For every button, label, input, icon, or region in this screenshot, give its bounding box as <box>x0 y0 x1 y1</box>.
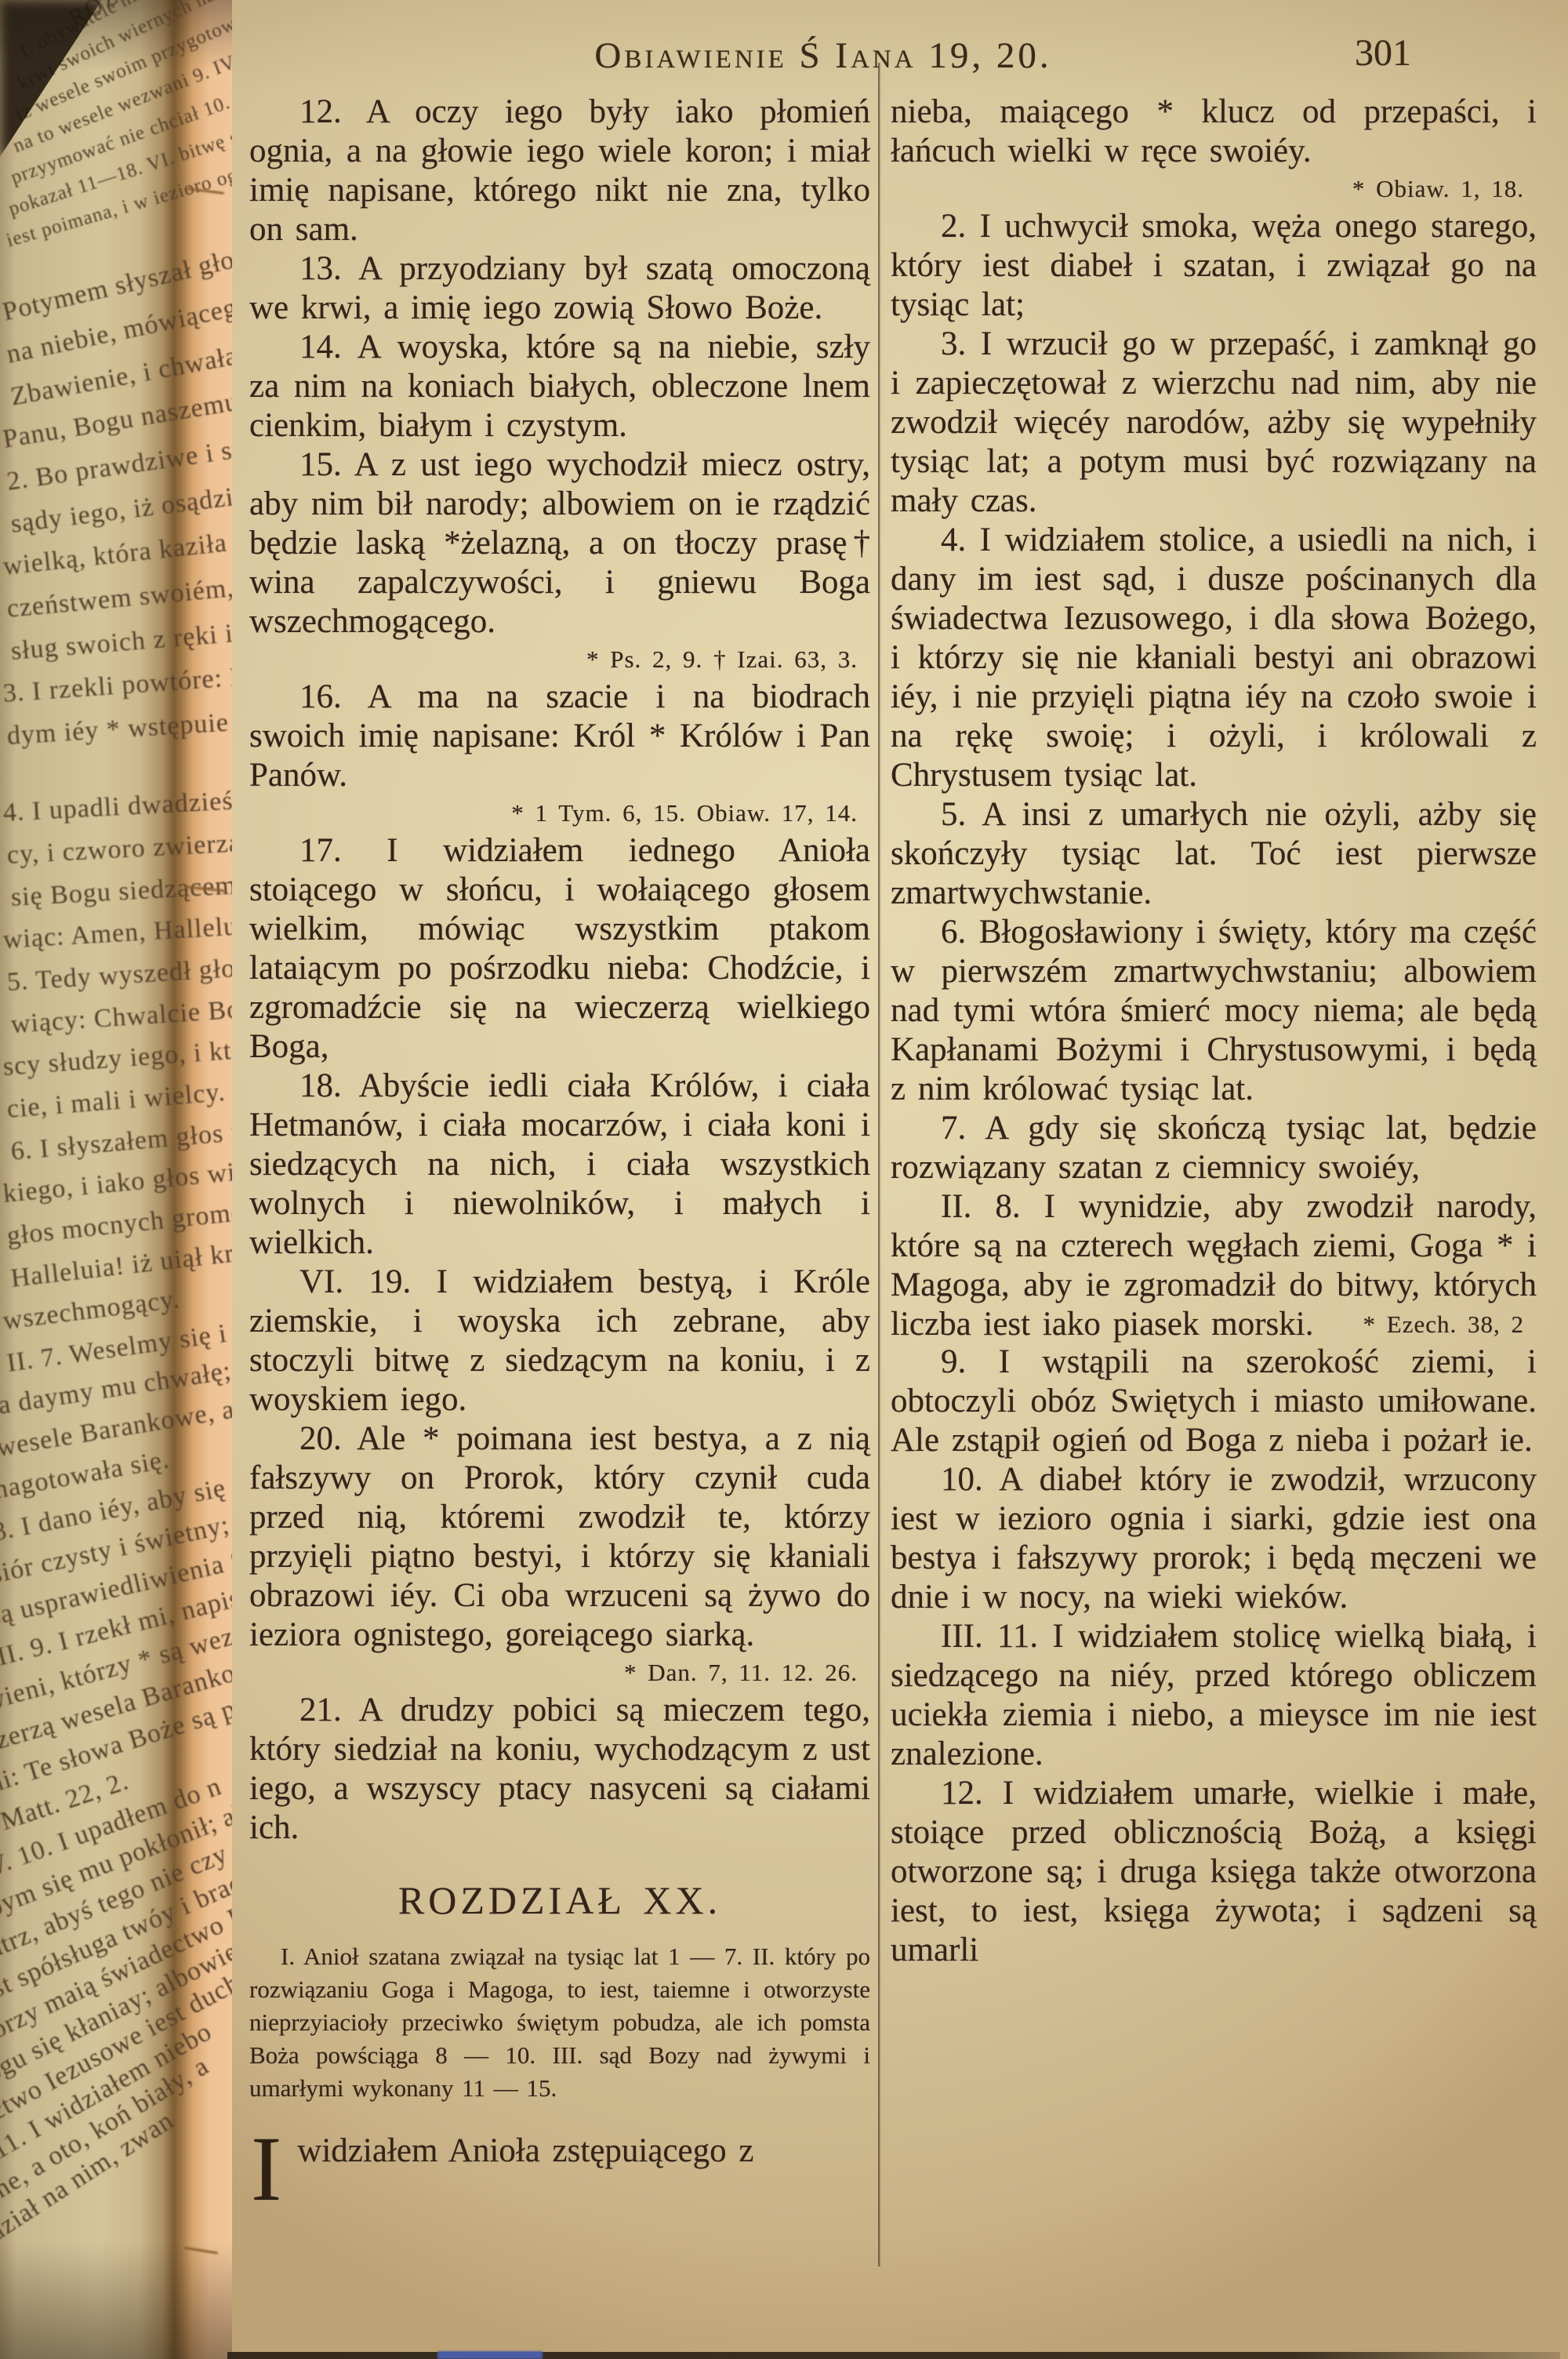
verse: 10. A diabeł który ie zwodził, wrzucony … <box>891 1460 1537 1617</box>
verse: 18. Abyście iedli ciała Królów, i ciała … <box>249 1067 870 1263</box>
left-column-verses: 12. A oczy iego były iako płomień ognia,… <box>249 93 870 1848</box>
verse: 21. A drudzy pobici są mieczem tego, któ… <box>249 1691 870 1848</box>
right-column-verses: nieba, maiącego * klucz od przepaści, i … <box>891 93 1537 1970</box>
verse-text: 7. A gdy się skończą tysiąc lat, będzie … <box>891 1110 1537 1186</box>
running-head-title: Obiawienie Ś Iana 19, 20. <box>235 35 1411 77</box>
verse-text: 16. A ma na szacie i na biodrach swoich … <box>249 678 870 794</box>
verse-text: 10. A diabeł który ie zwodził, wrzucony … <box>891 1461 1537 1616</box>
book-photo: ROZDZIAŁ XIX.I. obywatele niebiescy chwa… <box>0 0 1568 2359</box>
verse-text: nieba, maiącego * klucz od przepaści, i … <box>891 93 1537 169</box>
right-column: nieba, maiącego * klucz od przepaści, i … <box>891 93 1537 1970</box>
verse: 17. I widziałem iednego Anioła stoiącego… <box>249 831 870 1067</box>
verse-text: 6. Błogosławiony i święty, który ma częś… <box>891 914 1537 1107</box>
verse: 7. A gdy się skończą tysiąc lat, będzie … <box>891 1109 1537 1187</box>
verse: 4. I widziałem stolice, a usiedli na nic… <box>891 521 1537 795</box>
verse: 12. A oczy iego były iako płomień ognia,… <box>249 93 870 249</box>
verse-text: III. 11. I widziałem stolicę wielką biał… <box>891 1618 1537 1772</box>
chapter-heading: ROZDZIAŁ XX. <box>249 1881 870 1920</box>
verse-text: 17. I widziałem iednego Anioła stoiącego… <box>249 832 870 1065</box>
verse-reference: * 1 Tym. 6, 15. Obiaw. 17, 14. <box>249 795 870 831</box>
verse: 6. Błogosławiony i święty, który ma częś… <box>891 913 1537 1109</box>
verse-reference: * Obiaw. 1, 18. <box>891 171 1537 207</box>
verse-reference: * Ps. 2, 9. † Izai. 63, 3. <box>249 642 870 678</box>
bottom-blue-mark <box>437 2351 543 2359</box>
verse: 13. A przyodziany był szatą omoczoną we … <box>249 249 870 328</box>
verse-reference: * Dan. 7, 11. 12. 26. <box>249 1655 870 1691</box>
verse: III. 11. I widziałem stolicę wielką biał… <box>891 1617 1537 1774</box>
verse-text: 3. I wrzucił go w przepaść, i zamknął go… <box>891 325 1537 519</box>
verse-text: 13. A przyodziany był szatą omoczoną we … <box>249 250 870 326</box>
page-curl: ROZDZIAŁ XIX.I. obywatele niebiescy chwa… <box>0 0 232 2359</box>
verse-text: 21. A drudzy pobici są mieczem tego, któ… <box>249 1692 870 1846</box>
verse-text: 9. I wstąpili na szerokość ziemi, i obto… <box>891 1343 1537 1459</box>
chapter-summary: I. Anioł szatana związał na tysiąc lat 1… <box>249 1940 870 2105</box>
chapter-opening: Iwidziałem Anioła zstępuiącego z <box>249 2132 870 2171</box>
verse: 15. A z ust iego wychodził miecz ostry, … <box>249 445 870 678</box>
verse: 16. A ma na szacie i na biodrach swoich … <box>249 678 870 831</box>
verse: 14. A woyska, które są na niebie, szły z… <box>249 328 870 445</box>
verse: VI. 19. I widziałem bestyą, i Króle ziem… <box>249 1263 870 1419</box>
verse-text: VI. 19. I widziałem bestyą, i Króle ziem… <box>249 1263 870 1418</box>
chapter-opening-text: widziałem Anioła zstępuiącego z <box>297 2132 753 2169</box>
verse-text: 15. A z ust iego wychodził miecz ostry, … <box>249 446 870 640</box>
previous-page-text: ROZDZIAŁ XIX.I. obywatele niebiescy chwa… <box>0 3 232 2274</box>
verse: nieba, maiącego * klucz od przepaści, i … <box>891 93 1537 207</box>
verse: 2. I uchwycił smoka, węża onego starego,… <box>891 207 1537 325</box>
drop-cap-initial: I <box>249 2132 297 2204</box>
verse: 5. A insi z umarłych nie ożyli, ażby się… <box>891 795 1537 913</box>
verse: 20. Ale * poimana iest bestya, a z nią f… <box>249 1419 870 1691</box>
verse: 12. I widziałem umarłe, wielkie i małe, … <box>891 1774 1537 1970</box>
verse: II. 8. I wynidzie, aby zwodził narody, k… <box>891 1187 1537 1343</box>
verse-text: 12. I widziałem umarłe, wielkie i małe, … <box>891 1775 1537 1968</box>
verse: 3. I wrzucił go w przepaść, i zamknął go… <box>891 325 1537 521</box>
verse: 9. I wstąpili na szerokość ziemi, i obto… <box>891 1343 1537 1460</box>
page-number: 301 <box>1301 31 1411 75</box>
verse-text: 14. A woyska, które są na niebie, szły z… <box>249 329 870 444</box>
photo-bottom-edge <box>227 2352 1560 2359</box>
verse-text: 4. I widziałem stolice, a usiedli na nic… <box>891 522 1537 794</box>
column-divider <box>878 63 880 2266</box>
left-column: 12. A oczy iego były iako płomień ognia,… <box>249 93 870 2204</box>
verse-text: 2. I uchwycił smoka, węża onego starego,… <box>891 208 1537 323</box>
verse-text: 20. Ale * poimana iest bestya, a z nią f… <box>249 1420 870 1653</box>
verse-text: 12. A oczy iego były iako płomień ognia,… <box>249 93 870 248</box>
verse-text: 18. Abyście iedli ciała Królów, i ciała … <box>249 1067 870 1261</box>
verse-text: 5. A insi z umarłych nie ożyli, ażby się… <box>891 796 1537 911</box>
